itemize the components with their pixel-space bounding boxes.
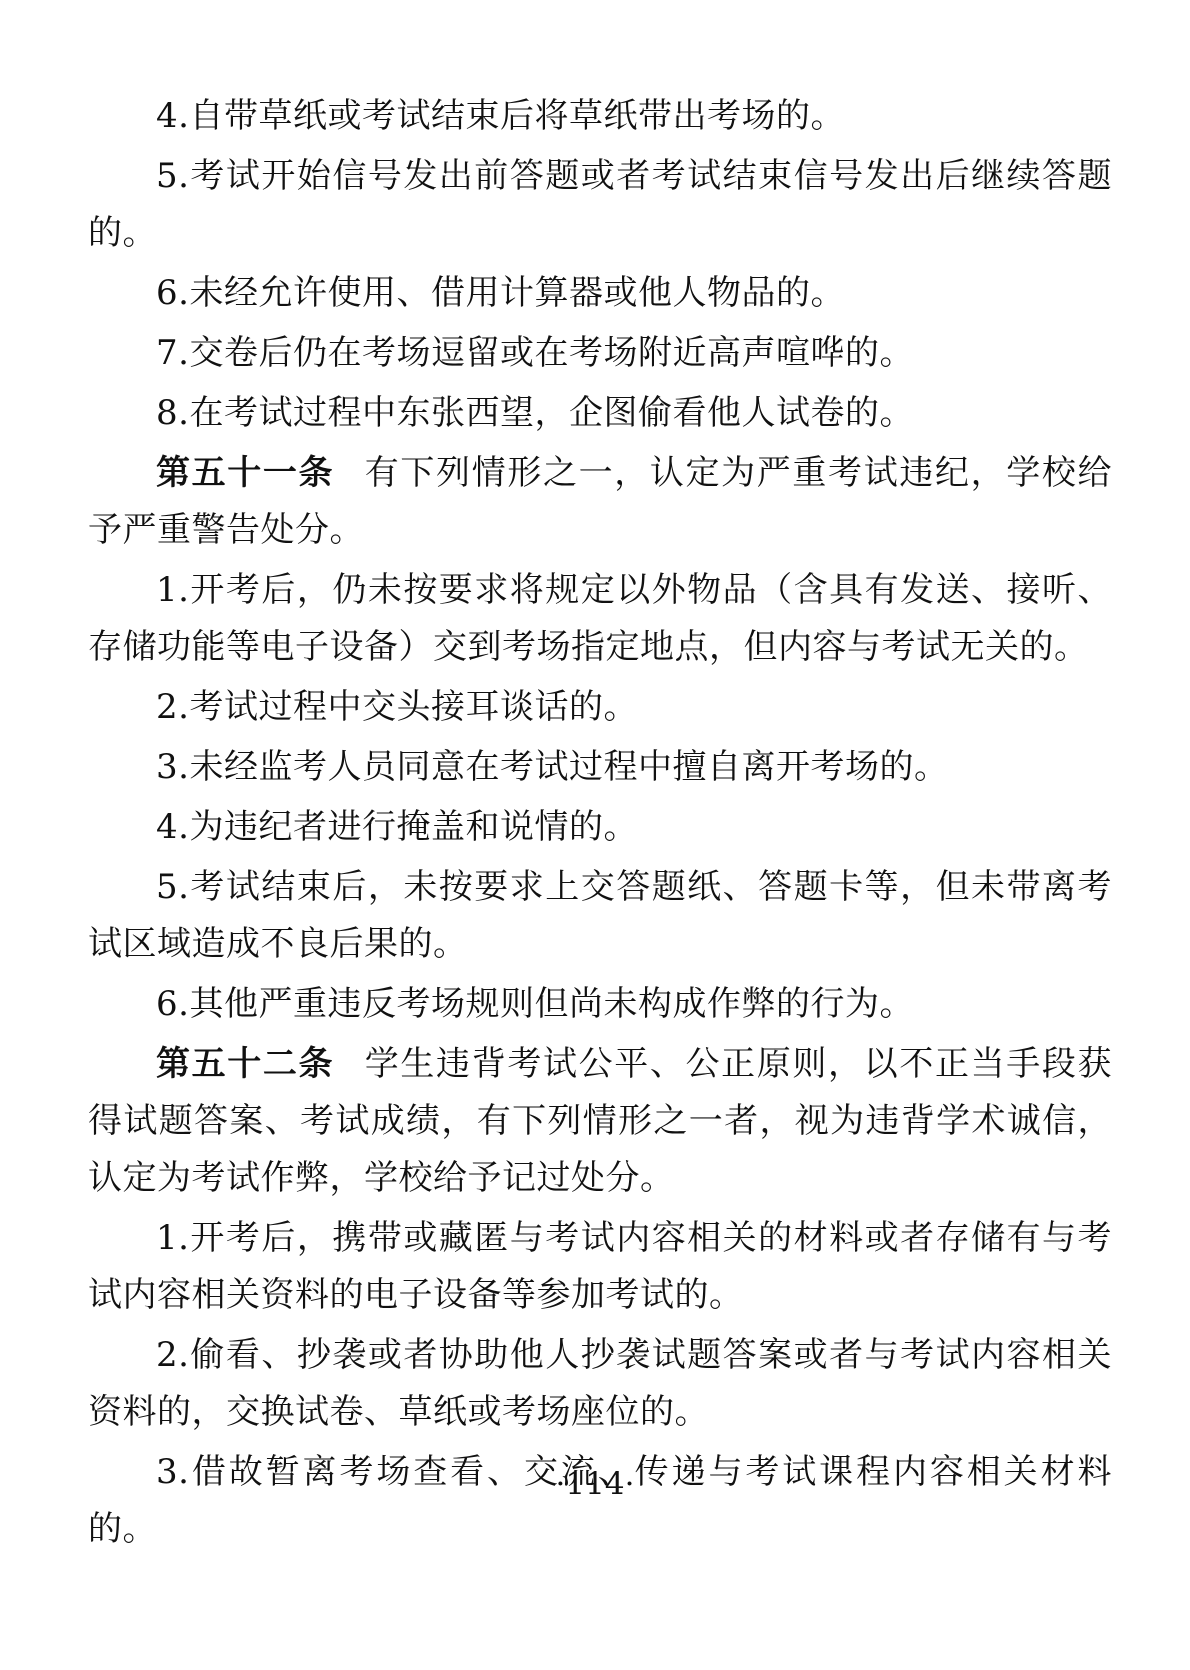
article-51-title: 第五十一条 <box>156 453 334 493</box>
article-51-item-1: 1.开考后，仍未按要求将规定以外物品（含具有发送、接听、存储功能等电子设备）交到… <box>88 562 1112 676</box>
article-52-item-2: 2.偷看、抄袭或者协助他人抄袭试题答案或者与考试内容相关资料的，交换试卷、草纸或… <box>88 1327 1112 1441</box>
article-51-item-3: 3.未经监考人员同意在考试过程中擅自离开考场的。 <box>88 739 1112 796</box>
article-52-paragraph: 第五十二条学生违背考试公平、公正原则，以不正当手段获得试题答案、考试成绩，有下列… <box>88 1036 1112 1207</box>
page-body: 4.自带草纸或考试结束后将草纸带出考场的。 5.考试开始信号发出前答题或者考试结… <box>88 88 1112 1561</box>
list-item-5: 5.考试开始信号发出前答题或者考试结束信号发出后继续答题的。 <box>88 148 1112 262</box>
list-item-8: 8.在考试过程中东张西望，企图偷看他人试卷的。 <box>88 385 1112 442</box>
article-51-item-2: 2.考试过程中交头接耳谈话的。 <box>88 679 1112 736</box>
document-page: 4.自带草纸或考试结束后将草纸带出考场的。 5.考试开始信号发出前答题或者考试结… <box>0 0 1190 1670</box>
article-52-title: 第五十二条 <box>156 1044 334 1084</box>
list-item-4: 4.自带草纸或考试结束后将草纸带出考场的。 <box>88 88 1112 145</box>
list-item-7: 7.交卷后仍在考场逗留或在考场附近高声喧哗的。 <box>88 325 1112 382</box>
article-51-item-4: 4.为违纪者进行掩盖和说情的。 <box>88 799 1112 856</box>
article-51-item-6: 6.其他严重违反考场规则但尚未构成作弊的行为。 <box>88 976 1112 1033</box>
article-51-paragraph: 第五十一条有下列情形之一，认定为严重考试违纪，学校给予严重警告处分。 <box>88 445 1112 559</box>
list-item-6: 6.未经允许使用、借用计算器或他人物品的。 <box>88 265 1112 322</box>
article-51-item-5: 5.考试结束后，未按要求上交答题纸、答题卡等，但未带离考试区域造成不良后果的。 <box>88 859 1112 973</box>
article-52-item-1: 1.开考后，携带或藏匿与考试内容相关的材料或者存储有与考试内容相关资料的电子设备… <box>88 1210 1112 1324</box>
page-number: ·114· <box>0 1464 1190 1504</box>
